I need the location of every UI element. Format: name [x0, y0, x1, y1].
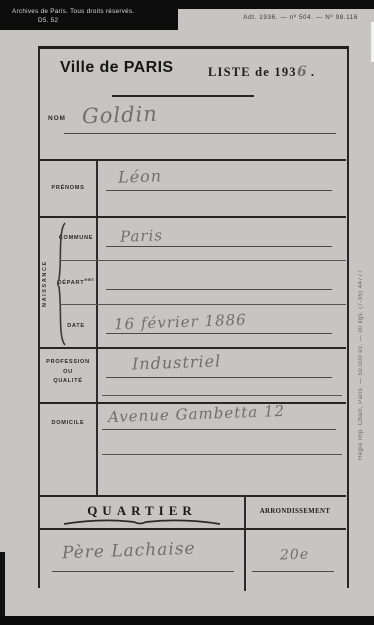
- printer-imprint: Régie imp. Chaix, Paris. — 50.000 ex. — …: [358, 170, 364, 460]
- arrondissement-handwritten-value: 20e: [280, 546, 310, 563]
- liste-label: LISTE de 193: [208, 65, 297, 79]
- nom-row-divider: [40, 159, 346, 161]
- prenoms-handwritten-value: Léon: [118, 166, 163, 187]
- quartier-flourish: [62, 517, 222, 527]
- nom-handwritten-value: Goldin: [82, 102, 159, 129]
- nom-write-line: [64, 133, 336, 134]
- card-title: Ville de PARIS: [60, 59, 174, 77]
- liste-card: Ville de PARIS LISTE de 1936 . NOM Goldi…: [38, 46, 349, 588]
- departement-row-divider: [60, 304, 346, 305]
- departement-label: DÉPARTemt: [56, 277, 96, 286]
- archive-stamp-line1: Archives de Paris. Tous droits réservés.: [12, 8, 178, 17]
- departement-write-line: [106, 289, 332, 290]
- footer-header-divider: [40, 528, 346, 530]
- domicile-handwritten-value: Avenue Gambetta 12: [108, 402, 286, 426]
- profession-row-divider: [40, 402, 346, 404]
- profession-write-line: [106, 377, 332, 378]
- commune-row-divider: [60, 260, 346, 261]
- naissance-group-label: NAISSANCE: [42, 229, 48, 339]
- domicile-label: DOMICILE: [40, 420, 96, 426]
- liste-year-handwritten: 6: [296, 64, 306, 80]
- date-label: DATE: [56, 323, 96, 329]
- print-reference: Adt. 1936. — nº 504. — Nº 98.116: [243, 14, 358, 21]
- prenoms-label: PRÉNOMS: [40, 185, 96, 191]
- profession-label-line1: PROFESSION: [40, 358, 96, 368]
- scan-edge-left: [0, 552, 5, 625]
- arrondissement-header: ARRONDISSEMENT: [244, 508, 346, 515]
- scanned-card-document: Archives de Paris. Tous droits réservés.…: [0, 0, 374, 625]
- departement-label-sup: emt: [84, 277, 94, 282]
- prenoms-write-line: [106, 190, 332, 191]
- commune-label: COMMUNE: [56, 235, 96, 241]
- quartier-write-line: [52, 571, 234, 572]
- nom-label: NOM: [48, 115, 66, 122]
- profession-label: PROFESSION OU QUALITÉ: [40, 358, 96, 387]
- departement-label-text: DÉPART: [58, 280, 85, 286]
- date-handwritten-value: 16 février 1886: [114, 311, 247, 334]
- archive-stamp: Archives de Paris. Tous droits réservés.…: [0, 0, 178, 30]
- label-column-divider: [96, 161, 98, 496]
- liste-header: LISTE de 1936 .: [208, 64, 315, 80]
- profession-label-line3: QUALITÉ: [40, 377, 96, 387]
- title-rule: [112, 95, 254, 97]
- scan-edge-bottom: [0, 616, 374, 625]
- profession-label-line2: OU: [40, 368, 96, 378]
- profession-handwritten-value: Industriel: [132, 351, 222, 373]
- commune-write-line: [106, 246, 332, 247]
- footer-top-divider: [40, 495, 346, 497]
- profession-inner-line: [102, 395, 342, 396]
- commune-handwritten-value: Paris: [120, 226, 164, 245]
- liste-suffix: .: [311, 65, 315, 79]
- arrondissement-write-line: [252, 571, 334, 572]
- naissance-group-divider: [40, 347, 346, 349]
- date-write-line: [106, 333, 332, 334]
- domicile-write-line: [102, 429, 336, 430]
- prenoms-row-divider: [40, 216, 346, 218]
- quartier-handwritten-value: Père Lachaise: [62, 539, 196, 564]
- domicile-inner-line: [102, 454, 342, 455]
- archive-stamp-line2: D5. 52: [38, 17, 178, 26]
